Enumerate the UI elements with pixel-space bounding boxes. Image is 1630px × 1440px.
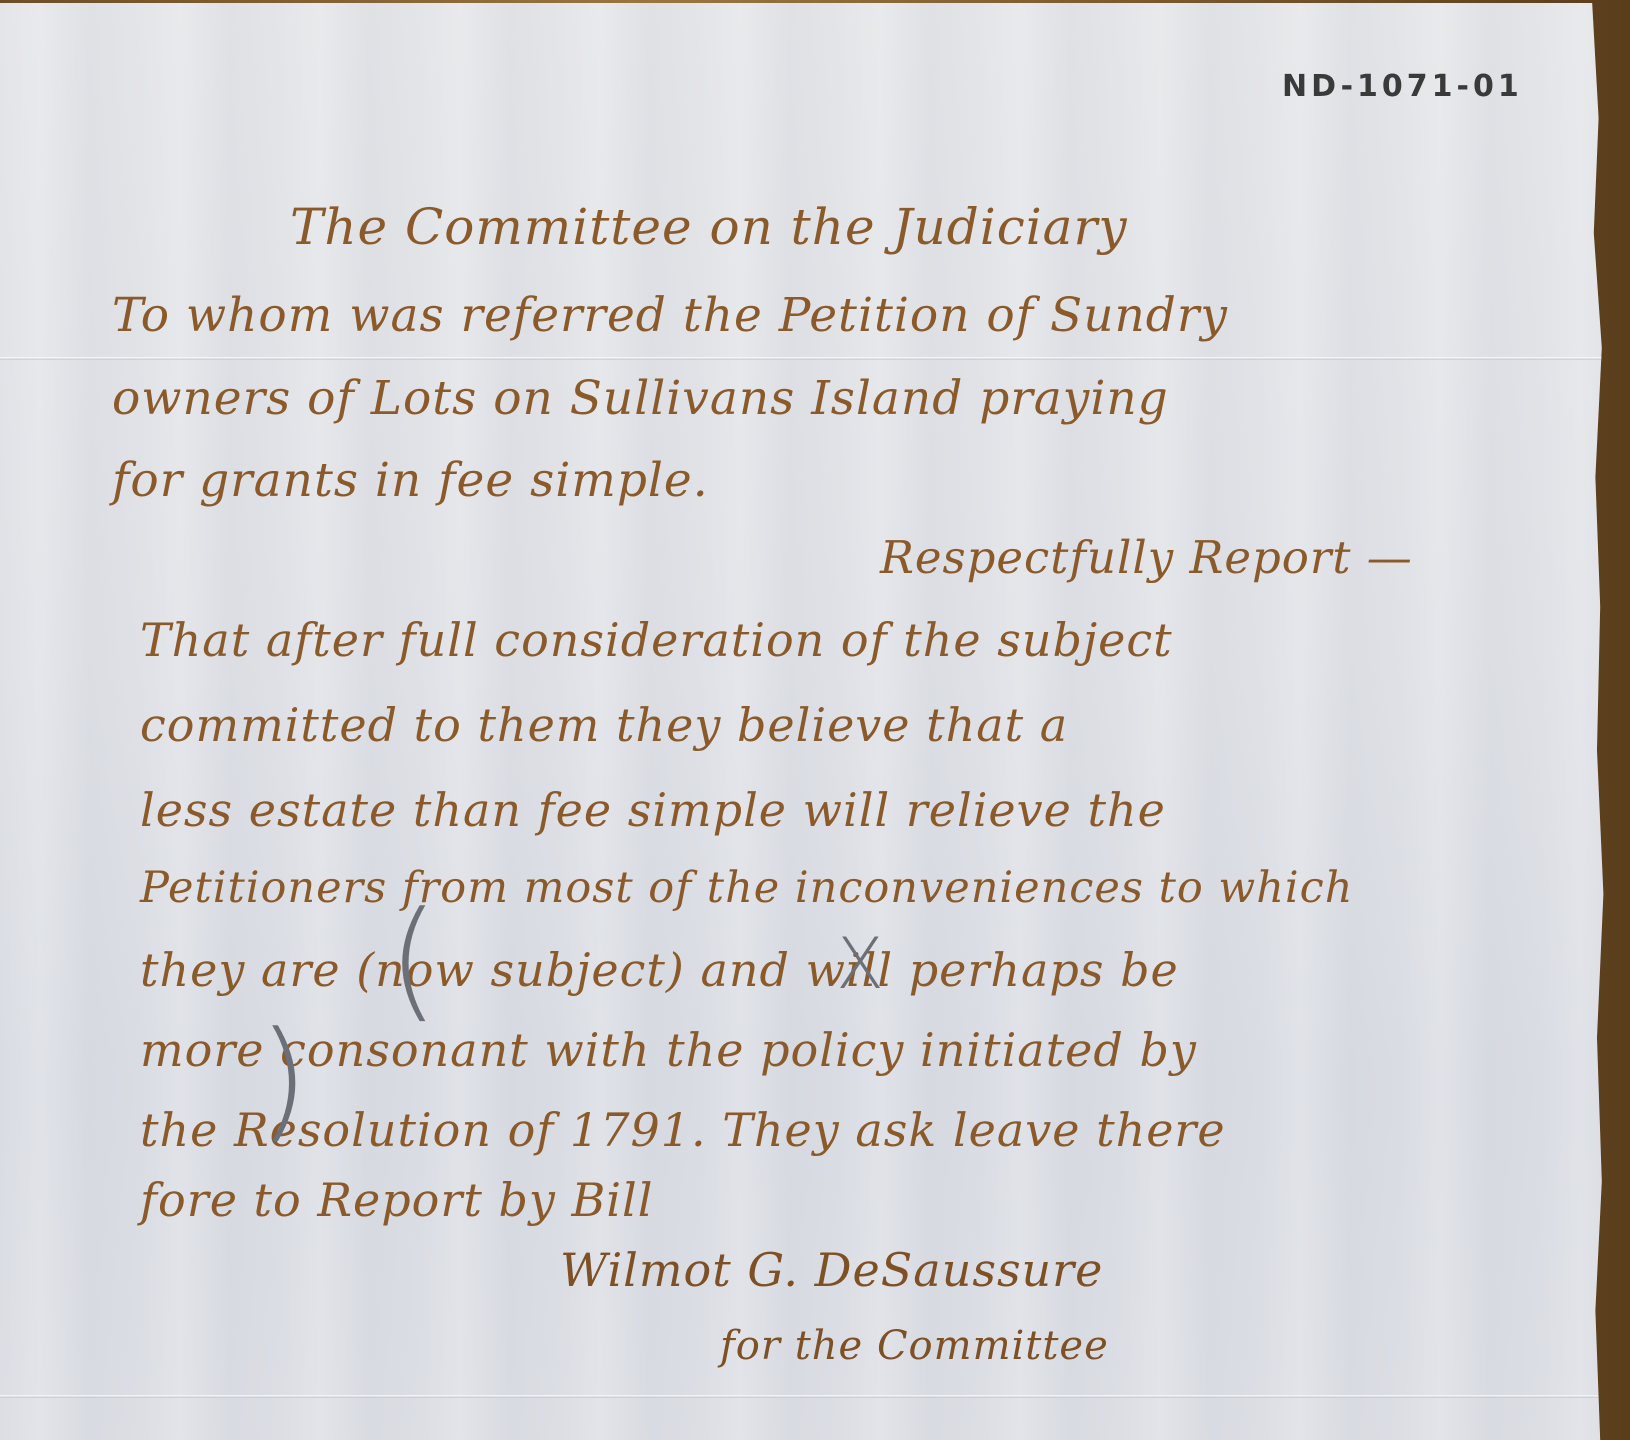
fold-crease xyxy=(0,1395,1605,1398)
pencil-x-mark: X xyxy=(836,923,884,1005)
signature: Wilmot G. DeSaussure xyxy=(560,1243,1103,1297)
body-line: for grants in fee simple. xyxy=(112,453,709,508)
report-line: committed to them they believe that a xyxy=(140,698,1068,752)
document-page: ND-1071-01 The Committee on the Judiciar… xyxy=(0,3,1605,1440)
document-heading: The Committee on the Judiciary xyxy=(290,198,1128,256)
report-line: less estate than fee simple will relieve… xyxy=(140,783,1166,837)
report-line: That after full consideration of the sub… xyxy=(140,613,1173,667)
body-line: To whom was referred the Petition of Sun… xyxy=(112,288,1228,343)
catalog-number: ND-1071-01 xyxy=(1282,69,1523,104)
pencil-close-paren: ) xyxy=(258,1003,309,1155)
signature-role: for the Committee xyxy=(720,1323,1109,1369)
pencil-open-paren: ( xyxy=(388,883,439,1035)
body-line: owners of Lots on Sullivans Island prayi… xyxy=(112,371,1169,426)
fold-crease xyxy=(0,357,1605,360)
report-line: fore to Report by Bill xyxy=(140,1173,653,1227)
report-line: they are (now subject) and will perhaps … xyxy=(140,943,1179,997)
report-line: Petitioners from most of the inconvenien… xyxy=(140,863,1353,913)
salutation: Respectfully Report — xyxy=(880,531,1413,584)
